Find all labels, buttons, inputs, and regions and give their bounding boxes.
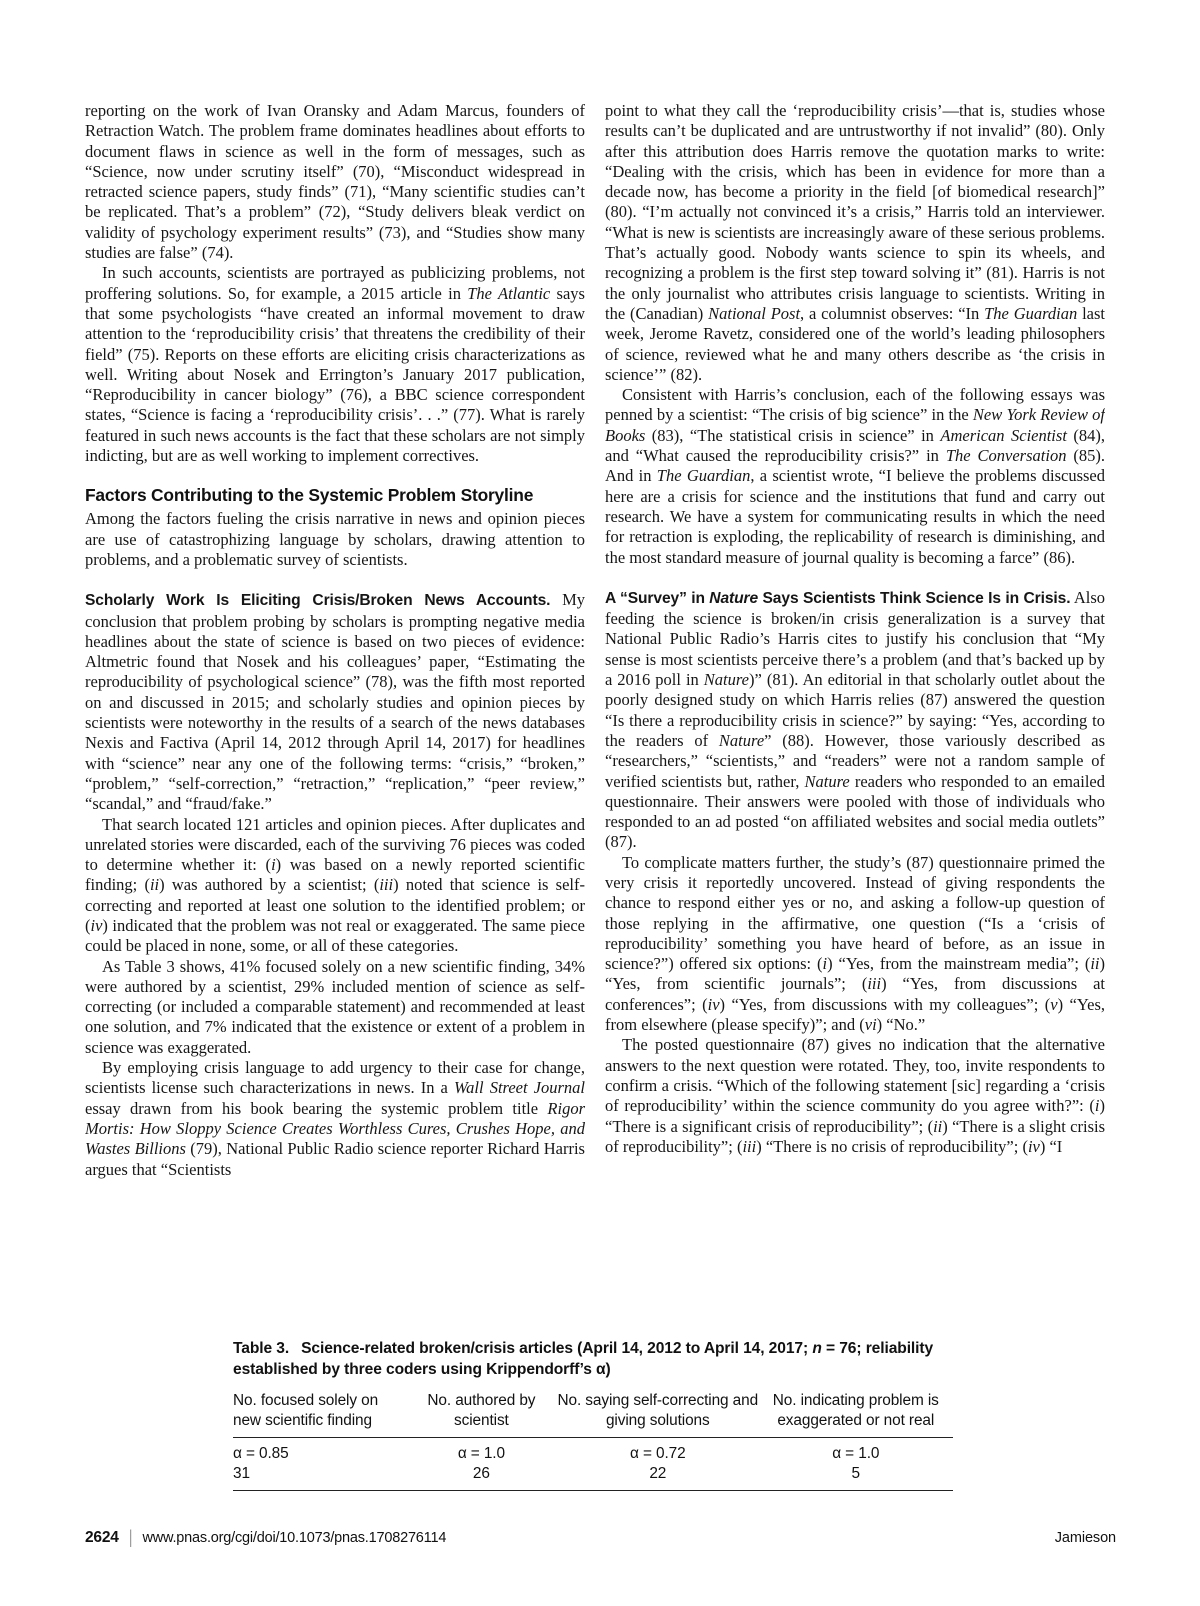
table-3-header-col1: No. focused solely on new scientific fin… — [233, 1391, 406, 1430]
table-3-count-row: 31 26 22 5 — [233, 1464, 953, 1484]
footer-divider: | — [129, 1528, 133, 1549]
paragraph-crisis-language: By employing crisis language to add urge… — [85, 1058, 585, 1180]
alpha-col3: α = 0.72 — [557, 1444, 759, 1464]
count-col3: 22 — [557, 1464, 759, 1484]
page-number: 2624 — [85, 1529, 119, 1547]
table-3-header-col4: No. indicating problem is exaggerated or… — [759, 1391, 953, 1430]
alpha-col4: α = 1.0 — [759, 1444, 953, 1464]
paragraph-complicate-questionnaire: To complicate matters further, the study… — [605, 853, 1105, 1036]
alpha-col2: α = 1.0 — [406, 1444, 557, 1464]
table-3: Table 3.Science-related broken/crisis ar… — [233, 1338, 953, 1491]
paragraph-nature-survey: A “Survey” in Nature Says Scientists Thi… — [605, 588, 1105, 853]
paragraph-posted-questionnaire: The posted questionnaire (87) gives no i… — [605, 1035, 1105, 1157]
count-col1: 31 — [233, 1464, 406, 1484]
journal-page: reporting on the work of Ivan Oransky an… — [0, 0, 1200, 1606]
section-heading-factors: Factors Contributing to the Systemic Pro… — [85, 485, 585, 506]
paragraph-consistent-essays: Consistent with Harris’s conclusion, eac… — [605, 385, 1105, 568]
table-3-header-col2: No. authored by scientist — [406, 1391, 557, 1430]
count-col4: 5 — [759, 1464, 953, 1484]
author-name: Jamieson — [1055, 1530, 1116, 1546]
paragraph-accounts: In such accounts, scientists are portray… — [85, 263, 585, 466]
paragraph-among-factors: Among the factors fueling the crisis nar… — [85, 509, 585, 570]
page-footer: 2624 | www.pnas.org/cgi/doi/10.1073/pnas… — [85, 1529, 1116, 1547]
doi-text: www.pnas.org/cgi/doi/10.1073/pnas.170827… — [142, 1530, 446, 1546]
table-3-header-col3: No. saying self-correcting and giving so… — [557, 1391, 759, 1430]
paragraph-point-crisis: point to what they call the ‘reproducibi… — [605, 101, 1105, 385]
right-column: point to what they call the ‘reproducibi… — [605, 101, 1105, 1316]
alpha-col1: α = 0.85 — [233, 1444, 406, 1464]
paragraph-table3-stats: As Table 3 shows, 41% focused solely on … — [85, 957, 585, 1058]
table-3-alpha-row: α = 0.85 α = 1.0 α = 0.72 α = 1.0 — [233, 1444, 953, 1464]
left-column: reporting on the work of Ivan Oransky an… — [85, 101, 585, 1316]
article-body: reporting on the work of Ivan Oransky an… — [85, 101, 1105, 1316]
paragraph-continuation: reporting on the work of Ivan Oransky an… — [85, 101, 585, 263]
table-3-body: α = 0.85 α = 1.0 α = 0.72 α = 1.0 31 26 … — [233, 1438, 953, 1490]
table-3-header-row: No. focused solely on new scientific fin… — [233, 1391, 953, 1437]
paragraph-search-results: That search located 121 articles and opi… — [85, 815, 585, 957]
count-col2: 26 — [406, 1464, 557, 1484]
table-3-caption: Table 3.Science-related broken/crisis ar… — [233, 1338, 953, 1380]
table-3-rule-bottom — [233, 1490, 953, 1491]
paragraph-scholarly-work: Scholarly Work Is Eliciting Crisis/Broke… — [85, 590, 585, 814]
